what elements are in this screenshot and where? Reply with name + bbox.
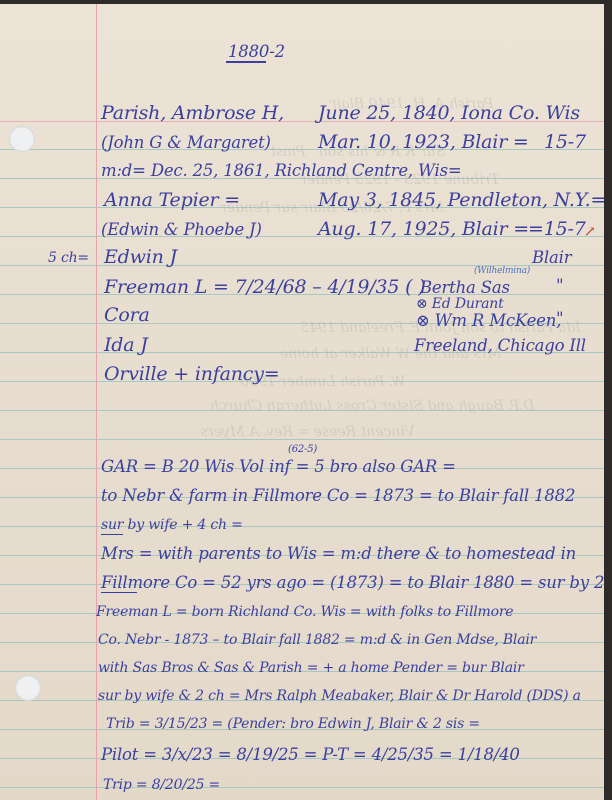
- note-line: Trib = 3/15/23 = (Pender: bro Edwin J, B…: [106, 716, 480, 732]
- spouse-parents: (Edwin & Phoebe J): [101, 220, 262, 239]
- entry-death: Mar. 10, 1923, Blair =: [318, 131, 529, 153]
- child-place: ": [556, 309, 563, 328]
- child-note: Bertha Sas: [420, 278, 510, 297]
- page-header: 1880-2: [228, 42, 285, 61]
- child-name: Orville + infancy=: [104, 363, 279, 385]
- note-line: sur by wife & 2 ch = Mrs Ralph Meabaker,…: [98, 688, 581, 704]
- hole-reinforcement: [15, 675, 41, 701]
- entry-name: Parish, Ambrose H,: [101, 102, 284, 124]
- note-line: Mrs = with parents to Wis = m:d there & …: [101, 544, 576, 563]
- spouse-death: Aug. 17, 1925, Blair =: [318, 218, 529, 240]
- child-name: Edwin J: [104, 246, 177, 268]
- gar-superscript: (62-5): [288, 444, 317, 455]
- note-line: Co. Nebr - 1873 – to Blair fall 1882 = m…: [98, 632, 536, 648]
- ruled-line: [0, 526, 604, 527]
- child-name: Freeman L = 7/24/68 – 4/19/35 ( ): [104, 276, 425, 298]
- child-note: Freeland, Chicago Ill: [414, 336, 586, 355]
- note-line: Freeman L = born Richland Co. Wis = with…: [96, 604, 513, 620]
- red-check-mark: ↗: [584, 224, 596, 240]
- header-underline: [226, 61, 266, 63]
- entry-parents: (John G & Margaret): [101, 133, 271, 152]
- bleed-through-text: D.P. Baugh and Sister Cross Lutheran Chu…: [210, 398, 535, 414]
- note-line: Pilot = 3/x/23 = 8/19/25 = P-T = 4/25/35…: [101, 745, 520, 764]
- underline: [101, 592, 137, 593]
- entry-death-ref: 15-7: [544, 131, 586, 153]
- note-line: Fillmore Co = 52 yrs ago = (1873) = to B…: [101, 573, 604, 592]
- child-name: Cora: [104, 304, 150, 326]
- spouse-death-ref: =15-7: [528, 218, 586, 240]
- spouse-birth: May 3, 1845, Pendleton, N.Y.=: [318, 189, 604, 211]
- ruled-line: [0, 787, 604, 788]
- spouse-name: Anna Tepier =: [104, 189, 240, 211]
- note-line: Trip = 8/20/25 =: [103, 777, 220, 793]
- child-note: ⊗ Wm R McKeen,: [416, 311, 561, 330]
- note-line: sur by wife + 4 ch =: [101, 517, 243, 533]
- underline: [101, 534, 123, 535]
- child-note-annotation: (Wilhelmina): [474, 266, 530, 276]
- note-line: with Sas Bros & Sas & Parish = + a home …: [98, 660, 524, 676]
- note-line: to Nebr & farm in Fillmore Co = 1873 = t…: [101, 486, 575, 505]
- child-name: Ida J: [104, 334, 148, 356]
- notebook-page: Parish A. H. 1940 Blair Sur R R & his so…: [0, 4, 604, 800]
- note-line: GAR = B 20 Wis Vol inf = 5 bro also GAR …: [101, 457, 456, 476]
- bleed-through-text: Vincent Reese = Rev. A Myers: [200, 424, 415, 440]
- entry-married: m:d= Dec. 25, 1861, Richland Centre, Wis…: [101, 161, 461, 180]
- children-count-label: 5 ch=: [48, 250, 89, 266]
- entry-birth: June 25, 1840, Iona Co. Wis: [318, 102, 580, 124]
- child-place: ": [556, 276, 563, 295]
- hole-reinforcement: [9, 126, 35, 152]
- child-place: Blair: [532, 248, 571, 267]
- child-note: ⊗ Ed Durant: [416, 296, 504, 312]
- margin-line: [96, 4, 97, 800]
